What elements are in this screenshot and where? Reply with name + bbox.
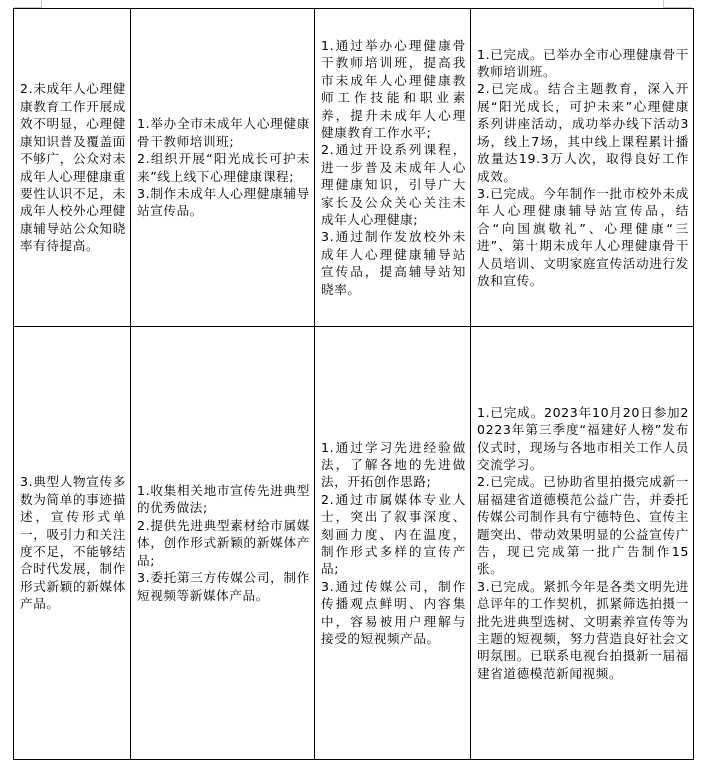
progress-cell: 1.已完成。2023年10月20日参加20223年第三季度“福建好人榜”发布仪式… [471,327,694,760]
goals-cell: 1.通过举办心理健康骨干教师培训班，提高我市未成年人心理健康教师工作技能和职业素… [315,9,471,327]
rectification-table: 2.未成年人心理健康教育工作开展成效不明显，心理健康知识普及覆盖面不够广，公众对… [13,8,694,760]
goals-cell: 1.通过学习先进经验做法，了解各地的先进做法，开拓创作思路; 2.通过市属媒体专… [315,327,471,760]
problem-text: 3.典型人物宣传多数为简单的事迹描述，宣传形式单一，吸引力和关注度不足，不能够结… [20,473,126,612]
measures-text: 1.举办全市未成年人心理健康骨干教师培训班; 2.组织开展“阳光成长可护未来”线… [137,115,310,219]
goals-text: 1.通过举办心理健康骨干教师培训班，提高我市未成年人心理健康教师工作技能和职业素… [321,37,466,298]
page-corner-mark-top-right [663,0,692,8]
table-row: 2.未成年人心理健康教育工作开展成效不明显，心理健康知识普及覆盖面不够广，公众对… [14,9,694,327]
table-row: 3.典型人物宣传多数为简单的事迹描述，宣传形式单一，吸引力和关注度不足，不能够结… [14,327,694,760]
goals-text: 1.通过学习先进经验做法，了解各地的先进做法，开拓创作思路; 2.通过市属媒体专… [321,439,466,648]
problem-cell: 3.典型人物宣传多数为简单的事迹描述，宣传形式单一，吸引力和关注度不足，不能够结… [14,327,131,760]
progress-text: 1.已完成。2023年10月20日参加20223年第三季度“福建好人榜”发布仪式… [477,404,689,683]
progress-text: 1.已完成。已举办全市心理健康骨干教师培训班。 2.已完成。结合主题教育，深入开… [477,46,689,290]
progress-cell: 1.已完成。已举办全市心理健康骨干教师培训班。 2.已完成。结合主题教育，深入开… [471,9,694,327]
problem-text: 2.未成年人心理健康教育工作开展成效不明显，心理健康知识普及覆盖面不够广，公众对… [20,80,126,254]
measures-cell: 1.举办全市未成年人心理健康骨干教师培训班; 2.组织开展“阳光成长可护未来”线… [131,9,315,327]
measures-text: 1.收集相关地市宣传先进典型的优秀做法; 2.提供先进典型素材给市属媒体，创作形… [137,482,310,604]
page-corner-mark-top-left [14,0,42,8]
problem-cell: 2.未成年人心理健康教育工作开展成效不明显，心理健康知识普及覆盖面不够广，公众对… [14,9,131,327]
measures-cell: 1.收集相关地市宣传先进典型的优秀做法; 2.提供先进典型素材给市属媒体，创作形… [131,327,315,760]
